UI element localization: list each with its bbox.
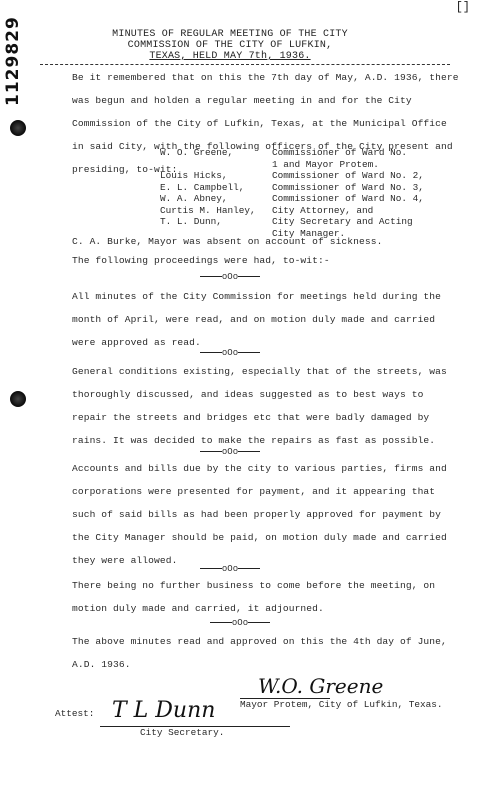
document-page: 1129829 [] MINUTES OF REGULAR MEETING OF… — [0, 0, 488, 800]
title-line-1: MINUTES OF REGULAR MEETING OF THE CITY — [100, 29, 360, 40]
separator: oOo — [200, 618, 280, 628]
secretary-label: City Secretary. — [140, 727, 224, 738]
mayor-signature: W.O. Greene — [258, 674, 383, 698]
officer-row: T. L. Dunn,City Secretary and Acting — [160, 216, 442, 228]
separator: oOo — [190, 564, 270, 574]
officer-row: Louis Hicks,Commissioner of Ward No. 2, — [160, 170, 442, 182]
document-number-stamp: 1129829 — [3, 6, 23, 116]
absence-note: C. A. Burke, Mayor was absent on account… — [72, 235, 488, 249]
adjourn-paragraph: There being no further business to come … — [42, 574, 462, 620]
officer-row: 1 and Mayor Protem. — [160, 159, 442, 171]
title-divider — [40, 64, 450, 65]
title-line-2: COMMISSION OF THE CITY OF LUFKIN, — [100, 40, 360, 51]
attest-label: Attest: — [55, 708, 94, 719]
punch-hole-icon — [10, 120, 26, 136]
approval-paragraph: The above minutes read and approved on t… — [42, 630, 462, 676]
punch-hole-icon — [10, 391, 26, 407]
officer-row: Curtis M. Hanley,City Attorney, and — [160, 205, 442, 217]
officers-list: W. O. Greene,Commissioner of Ward No. 1 … — [160, 147, 442, 239]
corner-mark: [] — [456, 0, 470, 14]
separator: oOo — [190, 447, 270, 457]
officer-row: W. A. Abney,Commissioner of Ward No. 4, — [160, 193, 442, 205]
document-title: MINUTES OF REGULAR MEETING OF THE CITY C… — [100, 29, 360, 62]
proceedings-intro: The following proceedings were had, to-w… — [72, 254, 488, 268]
title-line-3: TEXAS, HELD MAY 7th, 1936. — [100, 51, 360, 62]
separator: oOo — [190, 348, 270, 358]
accounts-paragraph: Accounts and bills due by the city to va… — [42, 457, 462, 572]
streets-paragraph: General conditions existing, especially … — [42, 360, 462, 452]
minutes-paragraph: All minutes of the City Commission for m… — [42, 285, 462, 354]
secretary-signature: T L Dunn — [112, 698, 215, 723]
officer-row: W. O. Greene,Commissioner of Ward No. — [160, 147, 442, 159]
mayor-label: Mayor Protem, City of Lufkin, Texas. — [240, 699, 443, 710]
separator: oOo — [190, 272, 270, 282]
officer-row: E. L. Campbell,Commissioner of Ward No. … — [160, 182, 442, 194]
